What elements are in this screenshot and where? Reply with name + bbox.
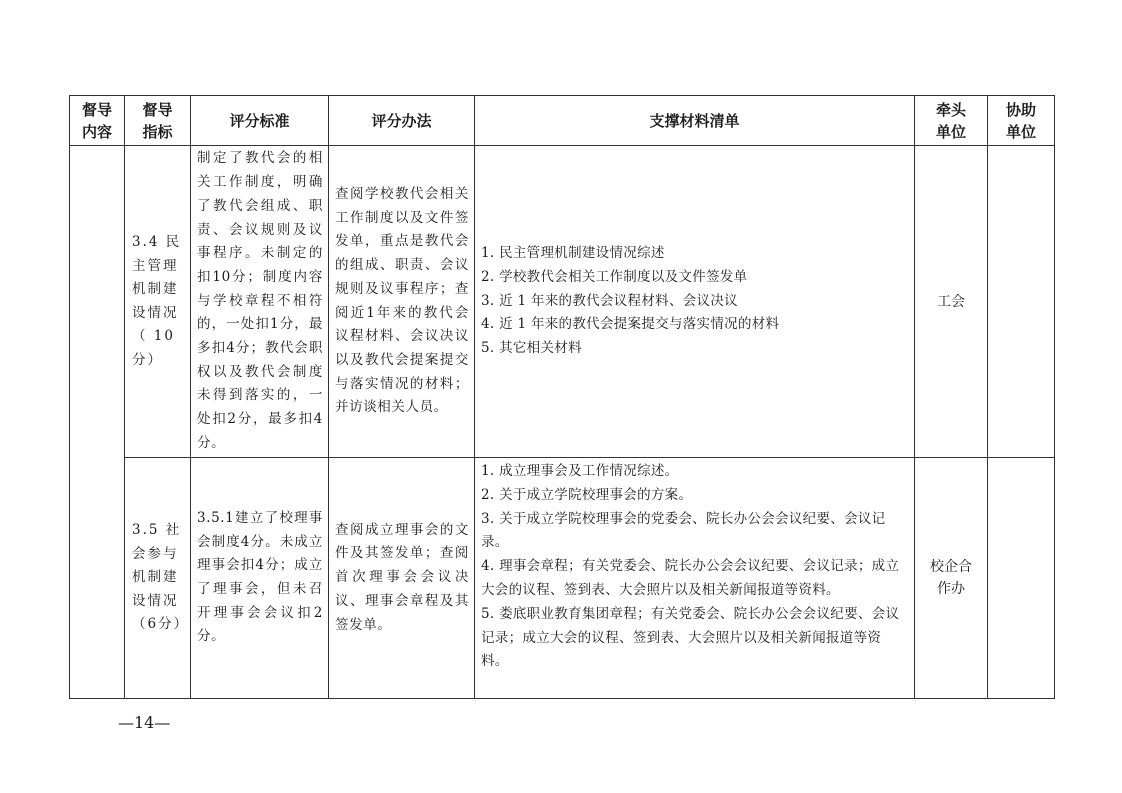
- table-row: 3.5 社会参与机制建设情况（6分） 3.5.1建立了校理事会制度4分。未成立理…: [70, 458, 1055, 699]
- cell-content: [70, 146, 125, 699]
- table-row: 3.4 民主管理机制建设情况（ 10分） 制定了教代会的相关工作制度，明确了教代…: [70, 146, 1055, 458]
- material-item: 4. 近 1 年来的教代会提案提交与落实情况的材料: [481, 313, 908, 337]
- cell-standard: 制定了教代会的相关工作制度，明确了教代会组成、职责、会议规则及议事程序。未制定的…: [191, 146, 329, 458]
- lead-unit-line1: 校企合: [915, 556, 987, 578]
- material-item: 5. 其它相关材料: [481, 337, 908, 361]
- cell-indicator: 3.4 民主管理机制建设情况（ 10分）: [125, 146, 191, 458]
- header-content-line2: 内容: [70, 121, 124, 143]
- header-lead-line2: 单位: [915, 121, 987, 143]
- header-row: 督导 内容 督导 指标 评分标准 评分办法 支撑材料清单 牵头 单位 协助 单位: [70, 96, 1055, 146]
- cell-lead-unit: 工会: [915, 146, 988, 458]
- cell-assist-unit: [988, 458, 1055, 699]
- header-assist-line1: 协助: [988, 99, 1054, 121]
- header-content-line1: 督导: [70, 99, 124, 121]
- header-assist-line2: 单位: [988, 121, 1054, 143]
- header-content: 督导 内容: [70, 96, 125, 146]
- material-item: 1. 民主管理机制建设情况综述: [481, 242, 908, 266]
- material-item: 3. 关于成立学院校理事会的党委会、院长办公会会议纪要、会议记录。: [481, 508, 908, 556]
- header-lead-unit: 牵头 单位: [915, 96, 988, 146]
- cell-materials: 1. 民主管理机制建设情况综述 2. 学校教代会相关工作制度以及文件签发单 3.…: [475, 146, 915, 458]
- supervision-criteria-table: 督导 内容 督导 指标 评分标准 评分办法 支撑材料清单 牵头 单位 协助 单位…: [69, 95, 1055, 699]
- header-lead-line1: 牵头: [915, 99, 987, 121]
- material-item: 5. 娄底职业教育集团章程；有关党委会、院长办公会会议纪要、会议记录；成立大会的…: [481, 603, 908, 674]
- cell-method: 查阅学校教代会相关工作制度以及文件签发单，重点是教代会的组成、职责、会议规则及议…: [329, 146, 475, 458]
- cell-assist-unit: [988, 146, 1055, 458]
- header-standard: 评分标准: [191, 96, 329, 146]
- material-item: 4. 理事会章程；有关党委会、院长办公会会议纪要、会议记录；成立大会的议程、签到…: [481, 555, 908, 603]
- cell-materials: 1. 成立理事会及工作情况综述。 2. 关于成立学院校理事会的方案。 3. 关于…: [475, 458, 915, 699]
- header-method: 评分办法: [329, 96, 475, 146]
- header-materials: 支撑材料清单: [475, 96, 915, 146]
- header-indicator-line1: 督导: [125, 99, 190, 121]
- header-indicator: 督导 指标: [125, 96, 191, 146]
- header-indicator-line2: 指标: [125, 121, 190, 143]
- cell-standard: 3.5.1建立了校理事会制度4分。未成立理事会扣4分；成立了理事会，但未召开理事…: [191, 458, 329, 699]
- cell-indicator: 3.5 社会参与机制建设情况（6分）: [125, 458, 191, 699]
- page-number: —14—: [118, 713, 170, 732]
- material-item: 2. 学校教代会相关工作制度以及文件签发单: [481, 266, 908, 290]
- material-item: 2. 关于成立学院校理事会的方案。: [481, 484, 908, 508]
- cell-lead-unit: 校企合 作办: [915, 458, 988, 699]
- material-item: 3. 近 1 年来的教代会议程材料、会议决议: [481, 290, 908, 314]
- cell-method: 查阅成立理事会的文件及其签发单；查阅首次理事会会议决议、理事会章程及其签发单。: [329, 458, 475, 699]
- material-item: 1. 成立理事会及工作情况综述。: [481, 460, 908, 484]
- lead-unit-line2: 作办: [915, 578, 987, 600]
- header-assist-unit: 协助 单位: [988, 96, 1055, 146]
